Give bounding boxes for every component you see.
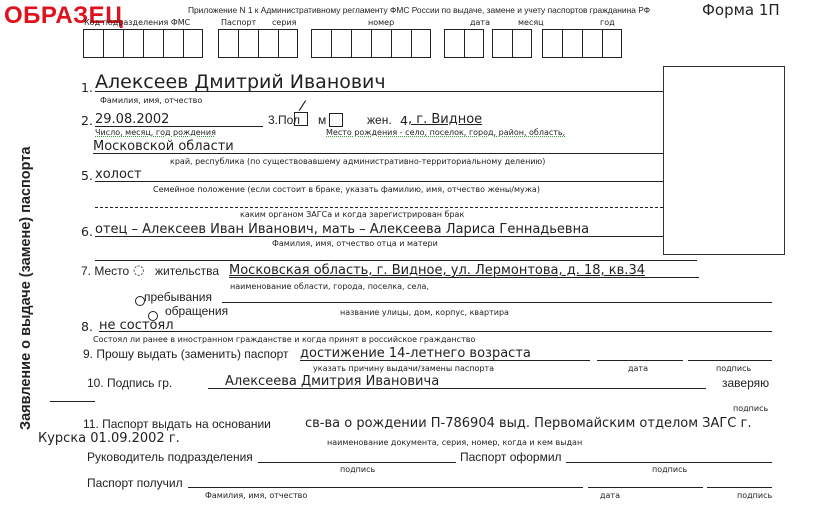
number-label: номер xyxy=(368,18,394,27)
residence-radio-selected-icon[interactable]: ◌ xyxy=(133,263,144,278)
basis-label: 11. Паспорт выдать на основании xyxy=(83,417,271,431)
residence-address-caption: наименование области, города, поселка, с… xyxy=(230,282,429,291)
field-8-number: 8. xyxy=(81,319,93,334)
passport-number-boxes[interactable] xyxy=(311,29,431,59)
basis-value[interactable]: св-ва о рождении П-786904 выд. Первомайс… xyxy=(305,416,751,431)
stay-line[interactable] xyxy=(222,302,772,303)
received-name-line[interactable] xyxy=(188,487,583,488)
received-sign-line[interactable] xyxy=(707,487,772,488)
day-label: дата xyxy=(470,18,490,27)
reason-value[interactable]: достижение 14-летнего возраста xyxy=(300,346,531,361)
reason-sign-line[interactable] xyxy=(688,360,772,361)
parents-value[interactable]: отец – Алексеев Иван Иванович, мать – Ал… xyxy=(95,222,589,237)
birth-date-line xyxy=(95,126,263,127)
head-sign-caption: подпись xyxy=(340,465,375,474)
marriage-registration-caption: каким органом ЗАГСа и когда зарегистриро… xyxy=(240,210,464,219)
female-label: жен. xyxy=(367,113,392,127)
appendix-note: Приложение N 1 к Административному регла… xyxy=(188,5,650,15)
form-number: Форма 1П xyxy=(702,1,780,19)
birth-date-value[interactable]: 29.08.2002 xyxy=(95,112,169,127)
year-boxes[interactable] xyxy=(542,29,622,59)
reason-date-line[interactable] xyxy=(597,360,683,361)
residence-address-value[interactable]: Московская область, г. Видное, ул. Лермо… xyxy=(229,263,645,278)
full-name-value[interactable]: Алексеев Дмитрий Иванович xyxy=(95,71,386,93)
marital-status-caption: Семейное положение (если состоит в браке… xyxy=(153,185,540,194)
marital-status-line xyxy=(95,181,663,182)
residence-label-start: 7. Место xyxy=(81,264,129,278)
photo-box xyxy=(663,66,785,255)
reason-caption: указать причину выдачи/замены паспорта xyxy=(313,364,494,373)
received-name-caption: Фамилия, имя, отчество xyxy=(205,491,307,500)
marriage-registration-line[interactable] xyxy=(95,207,663,208)
birth-place-caption: Место рождения - село, поселок, город, р… xyxy=(326,128,565,137)
day-boxes[interactable] xyxy=(444,29,484,59)
reason-line xyxy=(300,360,590,361)
received-date-caption: дата xyxy=(600,491,620,500)
male-label: м xyxy=(318,113,326,127)
residence-label-end: жительства xyxy=(155,264,219,278)
field-5-number: 5. xyxy=(81,168,93,183)
birth-place-value[interactable]: , г. Видное xyxy=(408,112,482,127)
full-name-caption: Фамилия, имя, отчество xyxy=(100,96,202,105)
issued-by-sign-caption: подпись xyxy=(652,465,687,474)
birth-date-caption: Число, месяц, год рождения xyxy=(95,128,216,137)
birth-region-line xyxy=(93,153,663,154)
division-code-label: Код подразделения ФМС xyxy=(84,18,190,27)
received-label: Паспорт получил xyxy=(87,476,183,490)
certify-label: заверяю xyxy=(722,376,769,390)
blank-line xyxy=(95,260,697,261)
parents-caption: Фамилия, имя, отчество отца и матери xyxy=(272,239,438,248)
reason-label: 9. Прошу выдать (заменить) паспорт xyxy=(83,347,289,361)
signature-name-value[interactable]: Алексеева Дмитрия Ивановича xyxy=(225,374,439,389)
street-caption: название улицы, дом, корпус, квартира xyxy=(340,308,509,317)
appeal-option-label: обращения xyxy=(165,304,228,318)
full-name-line xyxy=(95,91,663,92)
division-code-boxes[interactable] xyxy=(83,29,203,59)
marital-status-value[interactable]: холост xyxy=(95,167,142,182)
side-title: Заявление о выдаче (замене) паспорта xyxy=(18,147,34,431)
birth-region-value[interactable]: Московской области xyxy=(93,139,234,154)
citizenship-line xyxy=(99,331,772,332)
certify-sign-line[interactable] xyxy=(50,401,95,402)
received-sign-caption: подпись xyxy=(737,491,772,500)
birth-region-caption: край, республика (по существовавшему адм… xyxy=(170,157,545,166)
stay-option-label: пребывания xyxy=(144,290,212,304)
month-boxes[interactable] xyxy=(492,29,532,59)
residence-address-line xyxy=(229,277,699,278)
reason-sign-caption: подпись xyxy=(716,364,751,373)
citizenship-caption: Состоял ли ранее в иностранном гражданст… xyxy=(93,335,475,344)
series-label: серия xyxy=(272,18,296,27)
head-label: Руководитель подразделения xyxy=(87,450,253,464)
year-label: год xyxy=(600,18,615,27)
field-6-number: 6. xyxy=(81,224,93,239)
passport-series-boxes[interactable] xyxy=(218,29,298,59)
issued-by-sign-line[interactable] xyxy=(566,462,772,463)
field-2-number: 2. xyxy=(81,113,93,128)
field-1-number: 1. xyxy=(81,80,93,95)
field-4-number: 4 xyxy=(400,113,408,128)
signature-line xyxy=(208,388,706,389)
basis-value-continued[interactable]: Курска 01.09.2002 г. xyxy=(38,431,180,446)
reason-date-caption: дата xyxy=(628,364,648,373)
received-date-line[interactable] xyxy=(588,487,703,488)
certify-sign-caption: подпись xyxy=(733,404,768,413)
head-sign-line[interactable] xyxy=(258,462,456,463)
passport-label: Паспорт xyxy=(221,18,256,27)
issued-by-label: Паспорт оформил xyxy=(460,450,562,464)
parents-line xyxy=(95,236,663,237)
signature-label: 10. Подпись гр. xyxy=(87,376,172,390)
basis-caption: наименование документа, серия, номер, ко… xyxy=(327,438,582,447)
month-label: месяц xyxy=(518,18,544,27)
